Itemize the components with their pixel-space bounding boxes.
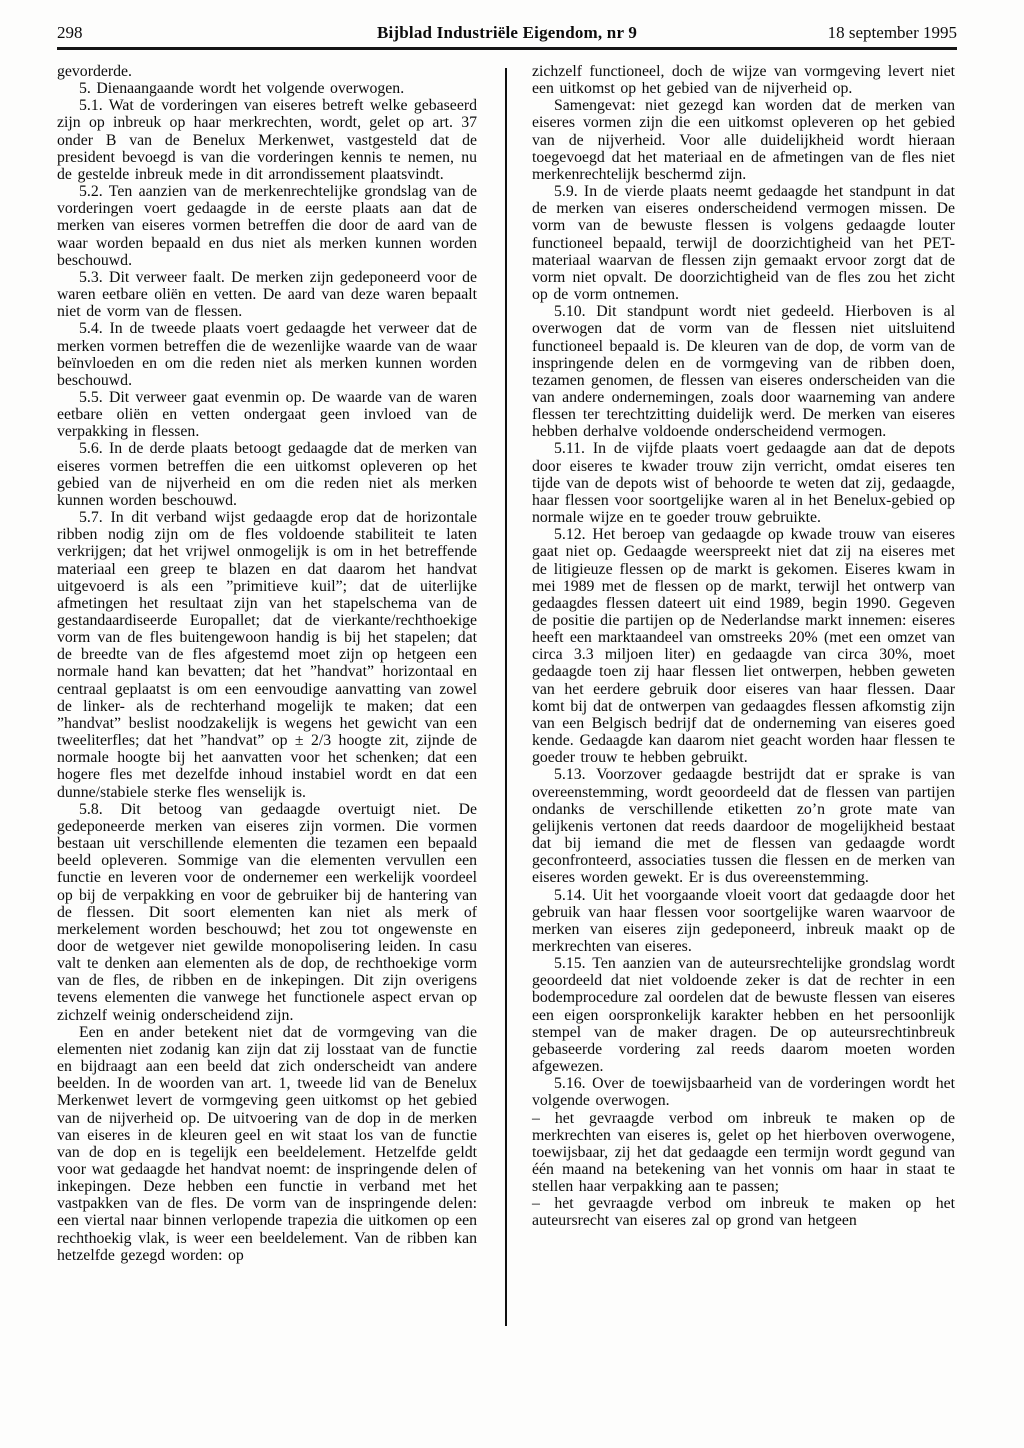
paragraph: 5.7. In dit verband wijst gedaagde erop …	[57, 509, 477, 801]
paragraph: 5.1. Wat de vorderingen van eiseres betr…	[57, 97, 477, 183]
column-divider	[505, 68, 507, 1326]
document-page: 298 Bijblad Industriële Eigendom, nr 9 1…	[0, 0, 1024, 1448]
left-column: gevorderde.5. Dienaangaande wordt het vo…	[57, 63, 477, 1264]
journal-title: Bijblad Industriële Eigendom, nr 9	[377, 23, 637, 43]
paragraph: 5.9. In de vierde plaats neemt gedaagde …	[532, 183, 955, 303]
paragraph: 5.8. Dit betoog van gedaagde overtuigt n…	[57, 801, 477, 1024]
paragraph: 5.6. In de derde plaats betoogt gedaagde…	[57, 440, 477, 509]
paragraph: 5.14. Uit het voorgaande vloeit voort da…	[532, 887, 955, 956]
right-column: zichzelf functioneel, doch de wijze van …	[532, 63, 955, 1264]
paragraph: – het gevraagde verbod om inbreuk te mak…	[532, 1195, 955, 1229]
page-number: 298	[57, 23, 377, 43]
paragraph: gevorderde.	[57, 63, 477, 80]
paragraph: 5.15. Ten aanzien van de auteursrechteli…	[532, 955, 955, 1075]
paragraph: 5.12. Het beroep van gedaagde op kwade t…	[532, 526, 955, 766]
paragraph: Samengevat: niet gezegd kan worden dat d…	[532, 97, 955, 183]
paragraph: 5. Dienaangaande wordt het volgende over…	[57, 80, 477, 97]
paragraph: 5.16. Over de toewijsbaarheid van de vor…	[532, 1075, 955, 1109]
article-body: gevorderde.5. Dienaangaande wordt het vo…	[57, 63, 955, 1264]
paragraph: 5.3. Dit verweer faalt. De merken zijn g…	[57, 269, 477, 320]
header-date: 18 september 1995	[637, 23, 957, 43]
header-rule	[57, 47, 957, 50]
paragraph: Een en ander betekent niet dat de vormge…	[57, 1024, 477, 1264]
paragraph: – het gevraagde verbod om inbreuk te mak…	[532, 1110, 955, 1196]
paragraph: 5.13. Voorzover gedaagde bestrijdt dat e…	[532, 766, 955, 886]
paragraph: 5.11. In de vijfde plaats voert gedaagde…	[532, 440, 955, 526]
paragraph: 5.10. Dit standpunt wordt niet gedeeld. …	[532, 303, 955, 440]
paragraph: zichzelf functioneel, doch de wijze van …	[532, 63, 955, 97]
paragraph: 5.2. Ten aanzien van de merkenrechtelijk…	[57, 183, 477, 269]
page-header: 298 Bijblad Industriële Eigendom, nr 9 1…	[57, 23, 957, 43]
paragraph: 5.5. Dit verweer gaat evenmin op. De waa…	[57, 389, 477, 440]
paragraph: 5.4. In de tweede plaats voert gedaagde …	[57, 320, 477, 389]
